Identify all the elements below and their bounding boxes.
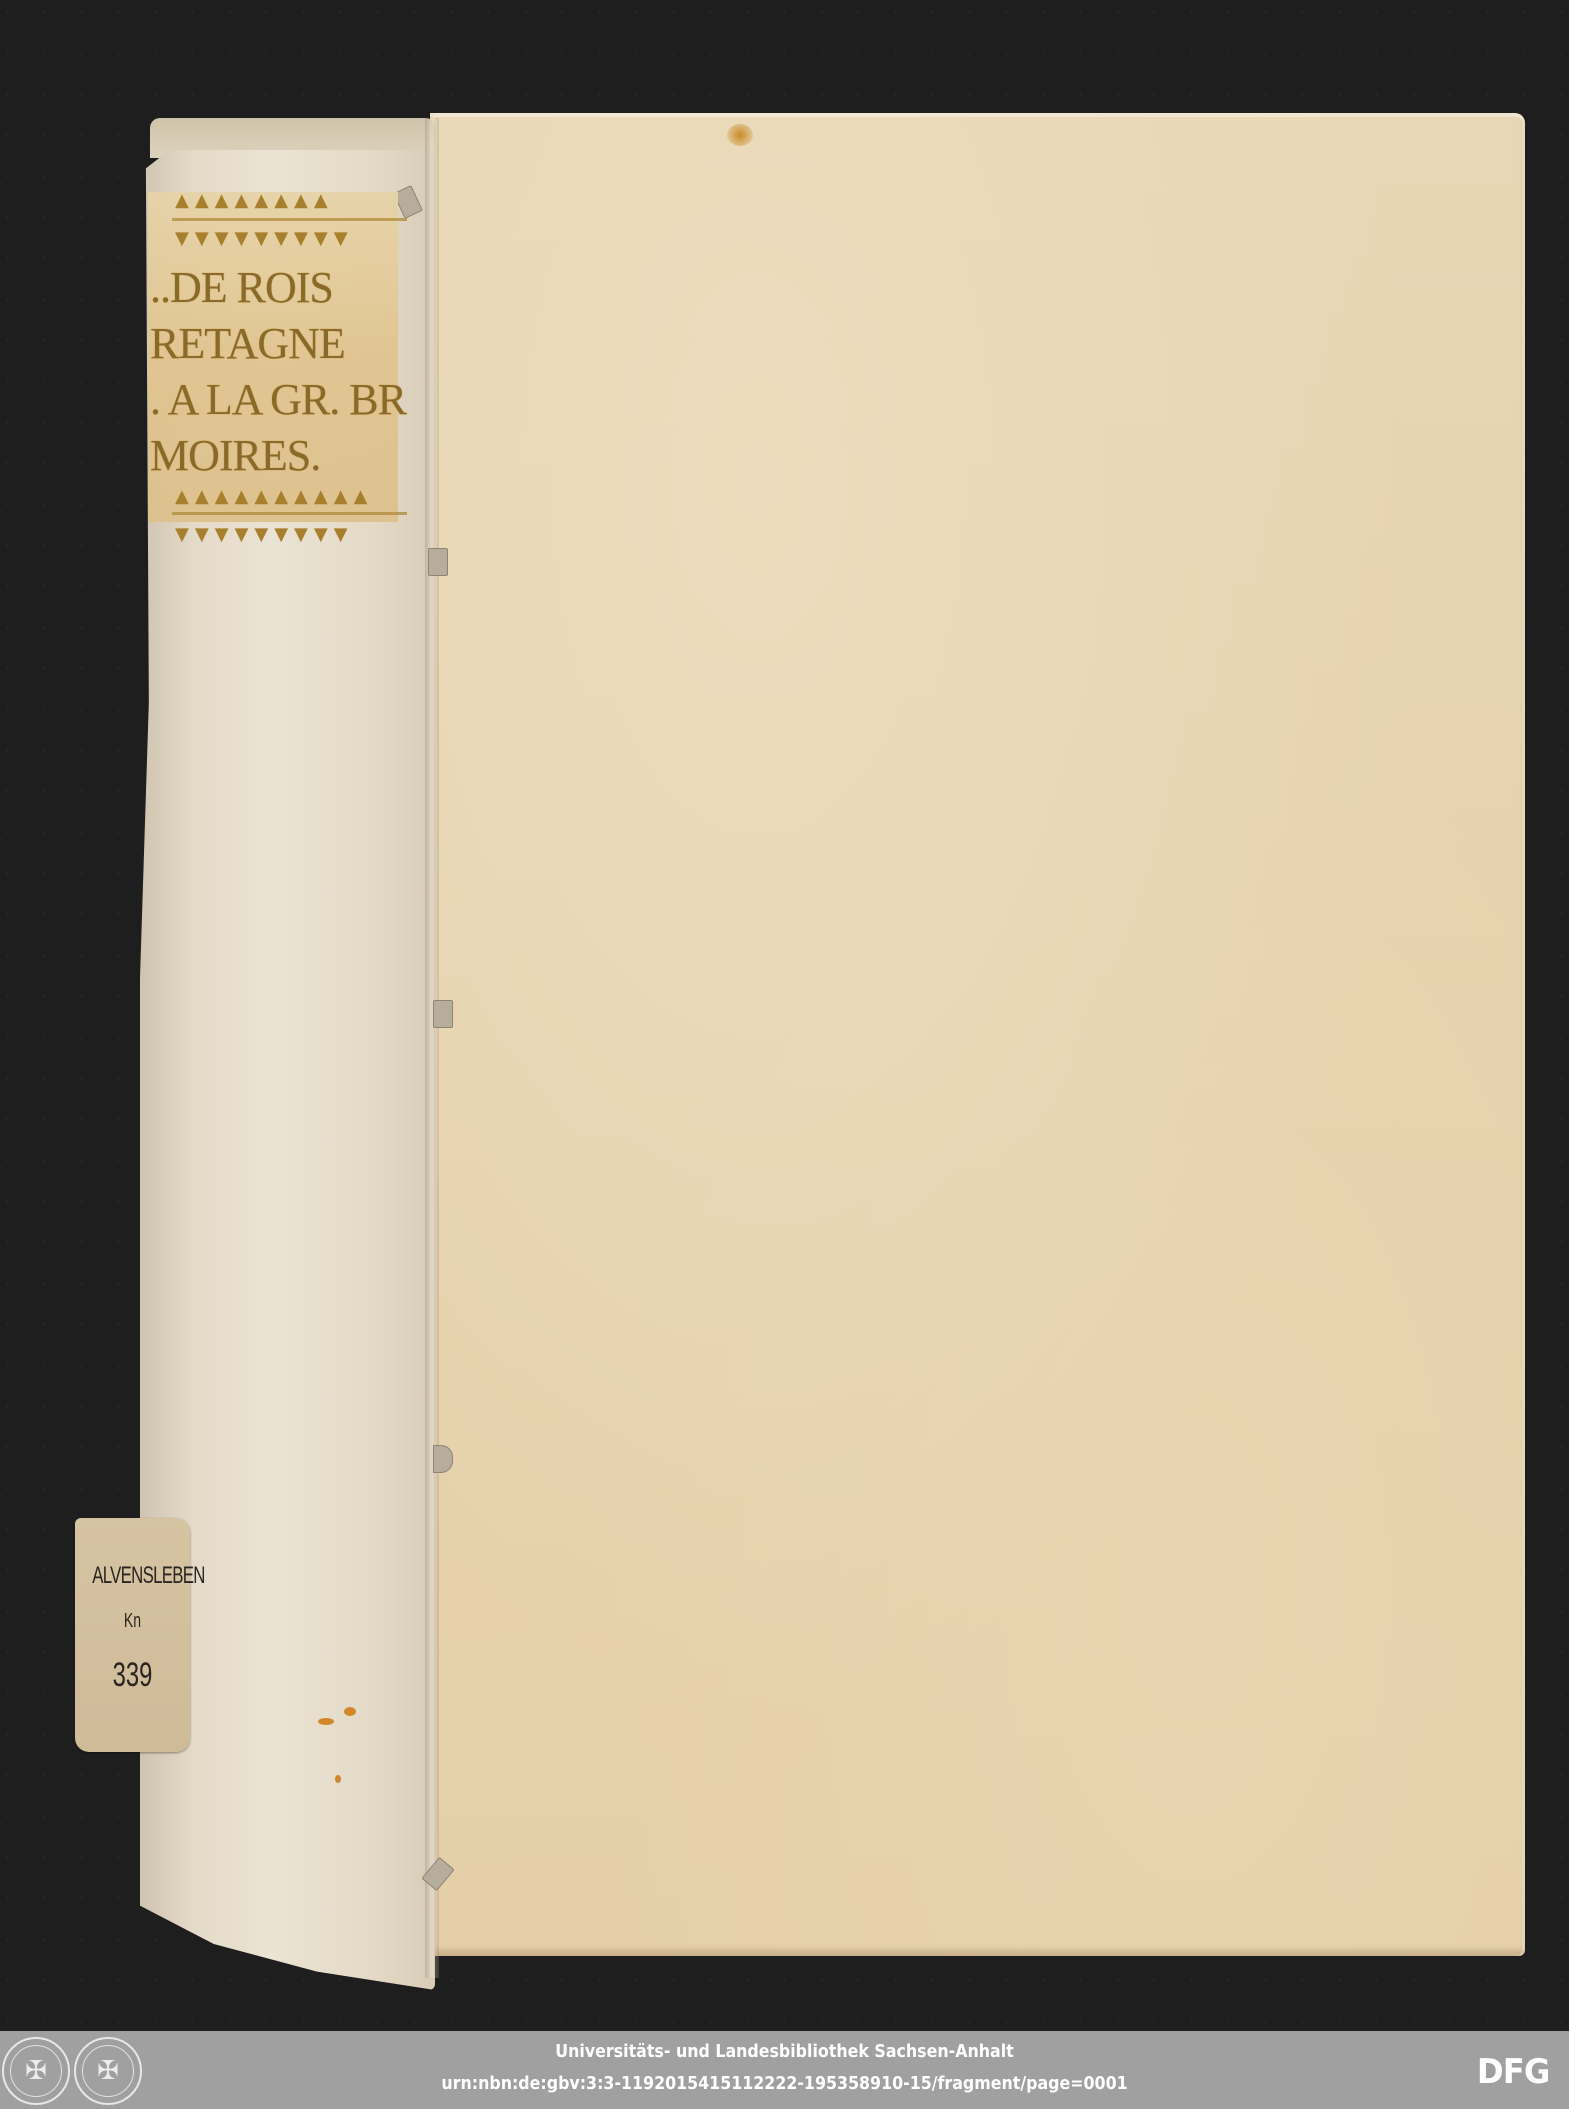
spine-ornament-bottom-b: ▼▼▼▼▼▼▼▼▼ — [175, 524, 354, 545]
stain-spot — [318, 1718, 334, 1725]
spine-rule — [172, 218, 407, 221]
spine-ornament-top: ▲▲▲▲▲▲▲▲ — [175, 190, 334, 211]
university-seal-icon: ✠ — [2, 2037, 70, 2105]
stain-spot — [344, 1707, 356, 1716]
stain-spot — [335, 1775, 341, 1783]
urn-link[interactable]: urn:nbn:de:gbv:3:3-1192015415112222-1953… — [94, 2073, 1475, 2094]
spine-ornament-bottom-a: ▲▲▲▲▲▲▲▲▲▲ — [175, 486, 373, 507]
binding-tab — [428, 548, 448, 576]
cover-stain — [727, 124, 753, 146]
spine-ornament-mid: ▼▼▼▼▼▼▼▼▼ — [175, 228, 354, 249]
spine-rule — [172, 512, 407, 515]
spine-title-line-2: RETAGNE — [150, 318, 345, 369]
dfg-logo: DFG — [1477, 2052, 1550, 2092]
image-viewport[interactable]: ▲▲▲▲▲▲▲▲ ▼▼▼▼▼▼▼▼▼ ..DE ROIS RETAGNE . A… — [0, 0, 1569, 2031]
binding-tab — [433, 1445, 453, 1473]
book-photograph: ▲▲▲▲▲▲▲▲ ▼▼▼▼▼▼▼▼▼ ..DE ROIS RETAGNE . A… — [0, 0, 1569, 2031]
institution-name: Universitäts- und Landesbibliothek Sachs… — [94, 2041, 1475, 2062]
spine-title-line-1: ..DE ROIS — [150, 262, 333, 313]
spine-joint — [425, 118, 439, 1978]
shelf-mark-label: ALVENSLEBEN Kn 339 — [75, 1518, 190, 1752]
shelf-mark-collection: ALVENSLEBEN — [92, 1562, 173, 1590]
footer-bar: ✠ ✠ Universitäts- und Landesbibliothek S… — [0, 2031, 1569, 2109]
shelf-mark-class: Kn — [92, 1610, 173, 1633]
spine-title-line-4: MOIRES. — [150, 430, 320, 481]
shelf-mark-number: 339 — [92, 1656, 173, 1695]
binding-tab — [433, 1000, 453, 1028]
spine-title-line-3: . A LA GR. BR — [150, 374, 406, 425]
book-front-cover — [430, 113, 1525, 1956]
